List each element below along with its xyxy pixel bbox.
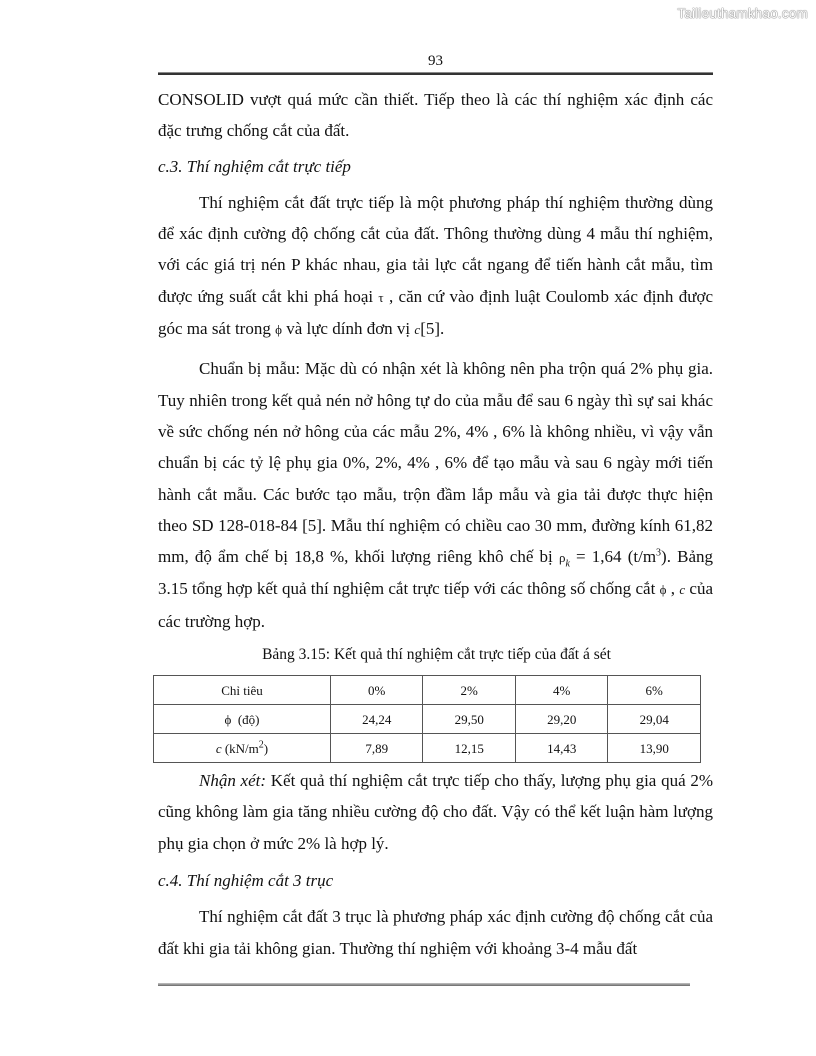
table-cell: 14,43	[515, 734, 608, 763]
paragraph-continuation: CONSOLID vượt quá mức cần thiết. Tiếp th…	[158, 84, 713, 147]
text-run: và lực dính đơn vị	[282, 319, 414, 338]
phi-symbol: ϕ	[275, 322, 282, 337]
remark-label: Nhận xét:	[199, 771, 266, 790]
table-header-cell: 4%	[515, 676, 608, 705]
row-label-text: )	[264, 741, 268, 756]
table-header-row: Chỉ tiêu 0% 2% 4% 6%	[154, 676, 701, 705]
table-header-cell: 0%	[330, 676, 423, 705]
table-cell: 13,90	[608, 734, 701, 763]
table-row: c (kN/m2) 7,89 12,15 14,43 13,90	[154, 734, 701, 763]
results-table: Chỉ tiêu 0% 2% 4% 6% ϕ (độ) 24,24 29,50 …	[153, 675, 701, 763]
text-run: Chuẩn bị mẫu: Mặc dù có nhận xét là khôn…	[158, 359, 713, 566]
paragraph-remark: Nhận xét: Kết quả thí nghiệm cắt trực ti…	[158, 765, 713, 859]
text-run: ,	[666, 579, 679, 598]
table-cell: 29,04	[608, 705, 701, 734]
table-cell: 12,15	[423, 734, 516, 763]
text-run: = 1,64 (t/m	[570, 547, 656, 566]
table-row: ϕ (độ) 24,24 29,50 29,20 29,04	[154, 705, 701, 734]
row-label-cohesion: c (kN/m2)	[154, 734, 331, 763]
table-header-cell: 6%	[608, 676, 701, 705]
table-cell: 29,20	[515, 705, 608, 734]
table-cell: 7,89	[330, 734, 423, 763]
table-cell: 24,24	[330, 705, 423, 734]
paragraph-triaxial-intro: Thí nghiệm cắt đất 3 trục là phương pháp…	[158, 901, 713, 964]
table-header-cell: 2%	[423, 676, 516, 705]
table-caption: Bảng 3.15: Kết quả thí nghiệm cắt trực t…	[160, 643, 713, 667]
table-header-cell: Chỉ tiêu	[154, 676, 331, 705]
watermark: Tailieuthamkhao.com	[677, 6, 808, 21]
text-run: [5].	[420, 319, 444, 338]
page-number: 93	[158, 53, 713, 70]
section-heading-c4: c.4. Thí nghiệm cắt 3 trục	[158, 865, 713, 896]
page-content: CONSOLID vượt quá mức cần thiết. Tiếp th…	[158, 84, 713, 964]
row-label-text: (độ)	[231, 712, 259, 727]
row-label-text: (kN/m	[222, 741, 259, 756]
header-rule	[158, 72, 713, 75]
paragraph-direct-shear-intro: Thí nghiệm cắt đất trực tiếp là một phươ…	[158, 187, 713, 345]
section-heading-c3: c.3. Thí nghiệm cắt trực tiếp	[158, 151, 713, 182]
row-label-friction-angle: ϕ (độ)	[154, 705, 331, 734]
paragraph-sample-preparation: Chuẩn bị mẫu: Mặc dù có nhận xét là khôn…	[158, 353, 713, 637]
footer-rule	[158, 983, 690, 986]
spacer	[158, 345, 713, 353]
table-cell: 29,50	[423, 705, 516, 734]
